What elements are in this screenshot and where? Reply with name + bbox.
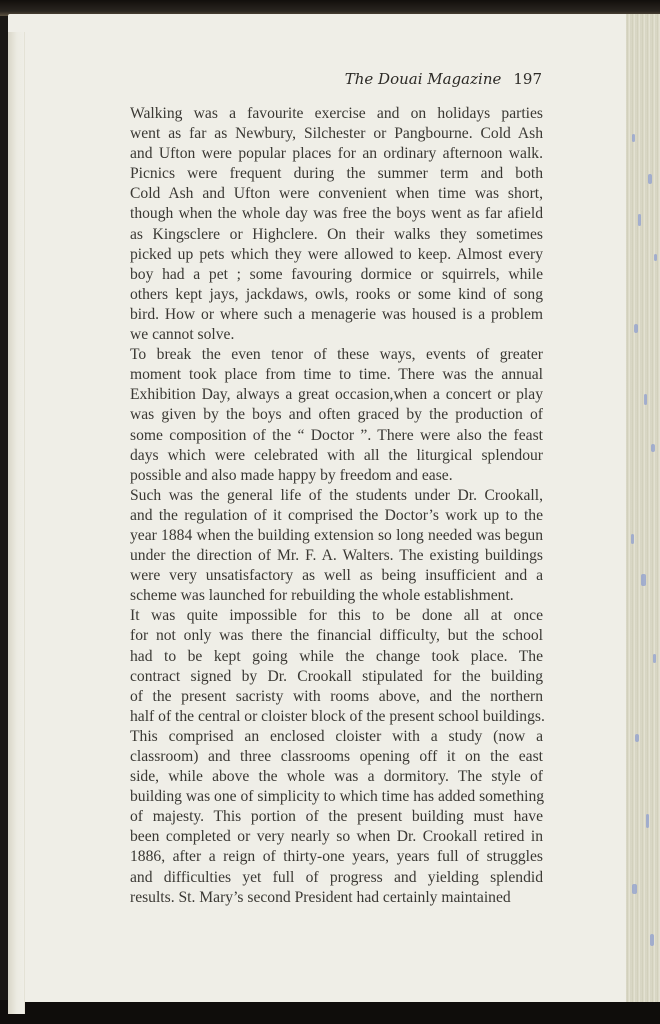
speckle — [632, 134, 635, 142]
text-line: boy had a pet ; some favouring dormice o… — [100, 265, 543, 285]
text-line: side, while above the whole was a dormit… — [100, 767, 543, 787]
speckle — [648, 174, 652, 184]
text-line: results. St. Mary’s second President had… — [100, 888, 543, 908]
text-line: for not only was there the financial dif… — [100, 626, 543, 646]
text-line: building was one of simplicity to which … — [100, 787, 543, 807]
text-line: To break the even tenor of these ways, e… — [100, 345, 543, 365]
text-line: had to be kept going while the change to… — [100, 647, 543, 667]
text-line: possible and also made happy by freedom … — [100, 466, 543, 486]
page-gutter — [8, 32, 25, 1014]
text-line: of the present sacristy with rooms above… — [100, 687, 543, 707]
text-line: and the regulation of it comprised the D… — [100, 506, 543, 526]
text-line: scheme was launched for rebuilding the w… — [100, 586, 543, 606]
text-line: Picnics were frequent during the summer … — [100, 164, 543, 184]
running-head-title: The Douai Magazine — [345, 70, 502, 88]
text-line: This comprised an enclosed cloister with… — [100, 727, 543, 747]
text-line: and Ufton were popular places for an ord… — [100, 144, 543, 164]
text-line: Such was the general life of the student… — [100, 486, 543, 506]
text-line: year 1884 when the building extension so… — [100, 526, 543, 546]
book-cover-bottom — [0, 1000, 660, 1024]
text-line: classroom) and three classrooms opening … — [100, 747, 543, 767]
text-line: was given by the boys and often graced b… — [100, 405, 543, 425]
speckle — [651, 444, 655, 452]
text-line: been completed or very nearly so when Dr… — [100, 827, 543, 847]
speckle — [650, 934, 654, 946]
text-line: half of the central or cloister block of… — [100, 707, 543, 727]
speckle — [646, 814, 649, 828]
text-line: under the direction of Mr. F. A. Walters… — [100, 546, 543, 566]
speckle — [654, 254, 657, 261]
running-header: The Douai Magazine 197 — [350, 70, 542, 88]
paragraph: To break the even tenor of these ways, e… — [100, 345, 543, 486]
speckle — [653, 654, 656, 663]
text-line: of majesty. This portion of the present … — [100, 807, 543, 827]
speckle — [631, 534, 634, 544]
text-line: picked up pets which they were allowed t… — [100, 245, 543, 265]
text-line: we cannot solve. — [100, 325, 543, 345]
speckle — [632, 884, 637, 894]
speckle — [635, 734, 639, 742]
paragraph: Walking was a favourite exercise and on … — [100, 104, 543, 345]
text-line: 1886, after a reign of thirty-one years,… — [100, 847, 543, 867]
text-line: contract signed by Dr. Crookall stipulat… — [100, 667, 543, 687]
body-text: Walking was a favourite exercise and on … — [100, 104, 543, 908]
text-line: as Kingsclere or Highclere. On their wal… — [100, 225, 543, 245]
speckle — [634, 324, 638, 333]
text-line: though when the whole day was free the b… — [100, 204, 543, 224]
paragraph: It was quite impossible for this to be d… — [100, 606, 543, 907]
text-line: Cold Ash and Ufton were convenient when … — [100, 184, 543, 204]
text-line: went as far as Newbury, Silchester or Pa… — [100, 124, 543, 144]
page-edges-speckled — [626, 14, 660, 1002]
speckle — [644, 394, 647, 405]
page-number: 197 — [513, 70, 542, 88]
text-line: bird. How or where such a menagerie was … — [100, 305, 543, 325]
text-line: moment took place from time to time. The… — [100, 365, 543, 385]
speckle — [638, 214, 641, 226]
paragraph: Such was the general life of the student… — [100, 486, 543, 607]
text-line: some composition of the “ Doctor ”. Ther… — [100, 426, 543, 446]
text-line: Exhibition Day, always a great occasion,… — [100, 385, 543, 405]
text-line: Walking was a favourite exercise and on … — [100, 104, 543, 124]
text-line: It was quite impossible for this to be d… — [100, 606, 543, 626]
text-line: days which were celebrated with all the … — [100, 446, 543, 466]
text-line: were very unsatisfactory as well as bein… — [100, 566, 543, 586]
text-line: others kept jays, jackdaws, owls, rooks … — [100, 285, 543, 305]
text-line: and difficulties yet full of progress an… — [100, 868, 543, 888]
speckle — [641, 574, 646, 586]
